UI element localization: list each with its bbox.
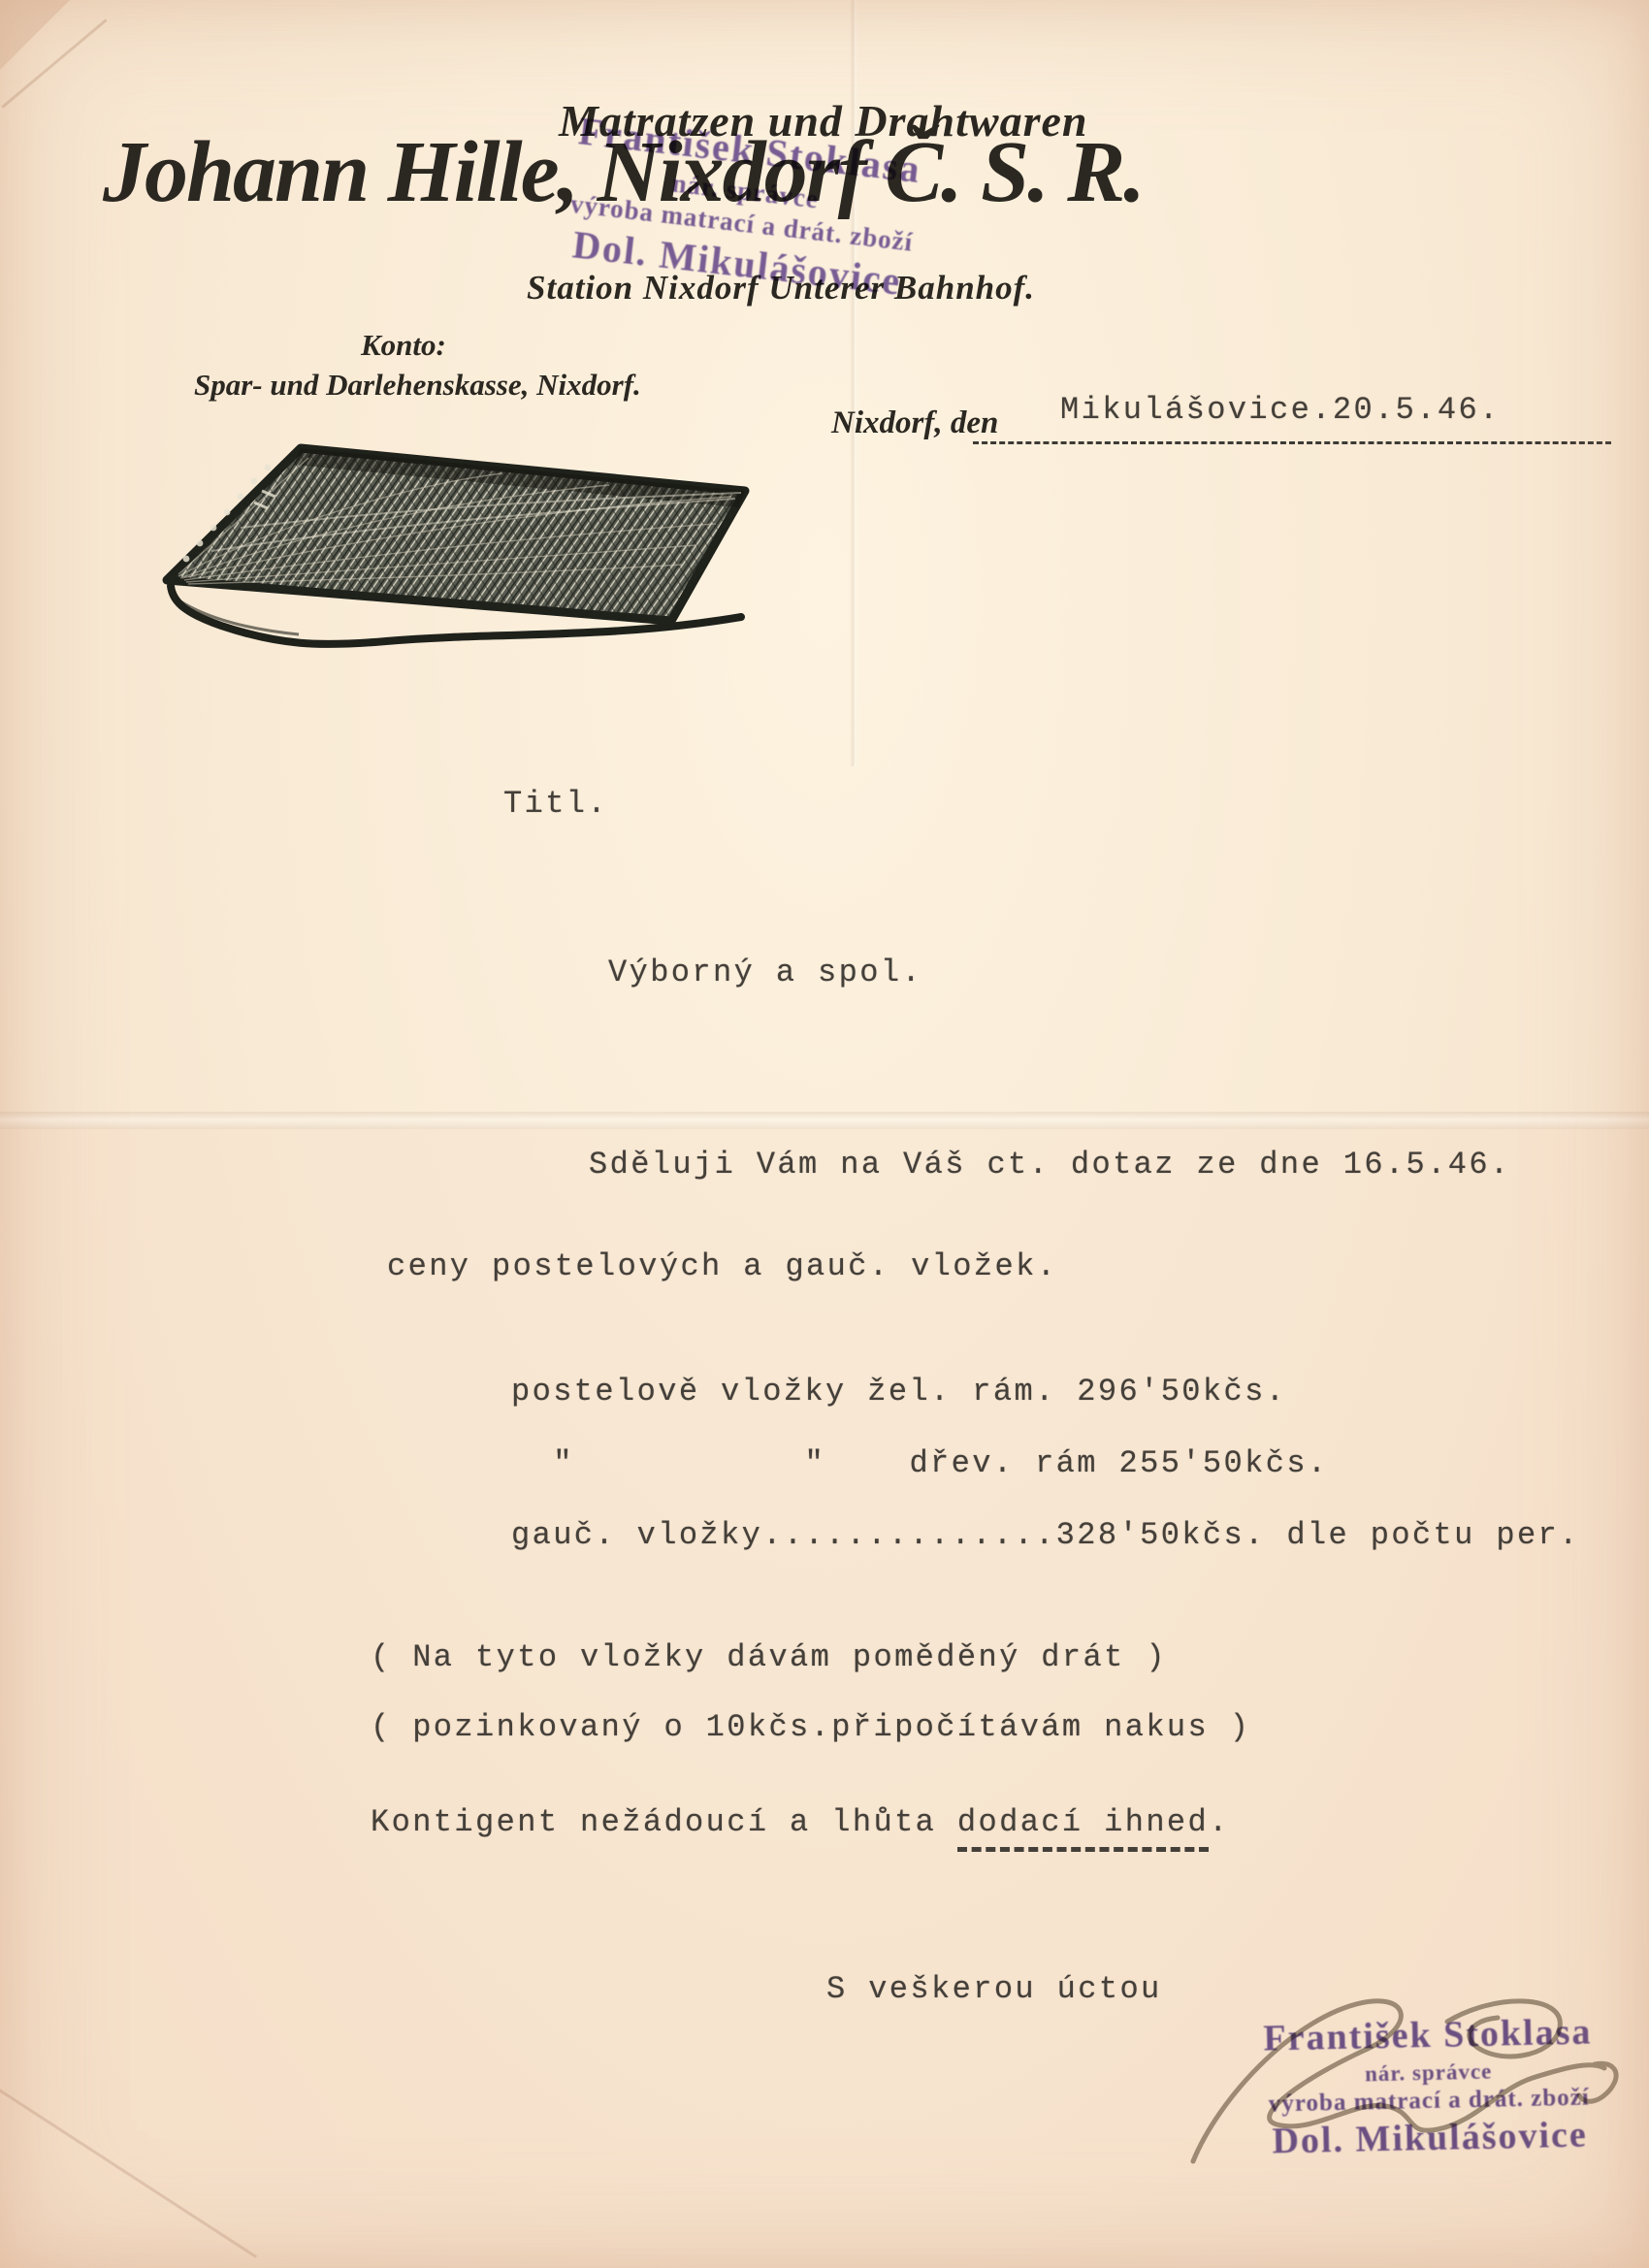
typed-addressee-name: Výborný a spol. xyxy=(608,955,922,990)
konto-value: Spar- und Darlehenskasse, Nixdorf. xyxy=(194,368,641,403)
mattress-engraving-illustration xyxy=(153,435,764,667)
handwritten-signature xyxy=(1156,1971,1641,2180)
typed-price-line-2: " " dřev. rám 255'50kčs. xyxy=(511,1445,1329,1481)
scanned-letter-page: Matratzen und Drahtwaren Johann Hille, N… xyxy=(0,0,1649,2268)
typed-signoff: S veškerou úctou xyxy=(826,1971,1162,2007)
contingent-period: . xyxy=(1209,1804,1230,1840)
horizontal-fold-crease xyxy=(0,1112,1649,1129)
date-field-label: Nixdorf, den xyxy=(831,405,998,441)
typed-body-line-1: Sděluji Vám na Váš ct. dotaz ze dne 16.5… xyxy=(589,1147,1511,1183)
typed-contingent-line: Kontigent nežádoucí a lhůta dodací ihned… xyxy=(371,1804,1230,1840)
konto-label: Konto: xyxy=(361,328,446,363)
contingent-text: Kontigent nežádoucí a lhůta xyxy=(371,1804,957,1840)
typed-addressee-title: Titl. xyxy=(503,786,608,822)
contingent-underlined-text: dodací ihned xyxy=(957,1804,1209,1852)
typed-date: Mikulášovice.20.5.46. xyxy=(1060,392,1501,428)
date-dashed-rule xyxy=(973,441,1611,444)
typed-note-line-1: ( Na tyto vložky dávám poměděný drát ) xyxy=(371,1639,1167,1675)
typed-note-line-2: ( pozinkovaný o 10kčs.připočítávám nakus… xyxy=(371,1709,1250,1745)
typed-price-line-3: gauč. vložky..............328'50kčs. dle… xyxy=(511,1517,1580,1553)
typed-body-line-2: ceny postelových a gauč. vložek. xyxy=(387,1248,1057,1284)
typed-price-line-1: postelově vložky žel. rám. 296'50kčs. xyxy=(511,1374,1286,1409)
